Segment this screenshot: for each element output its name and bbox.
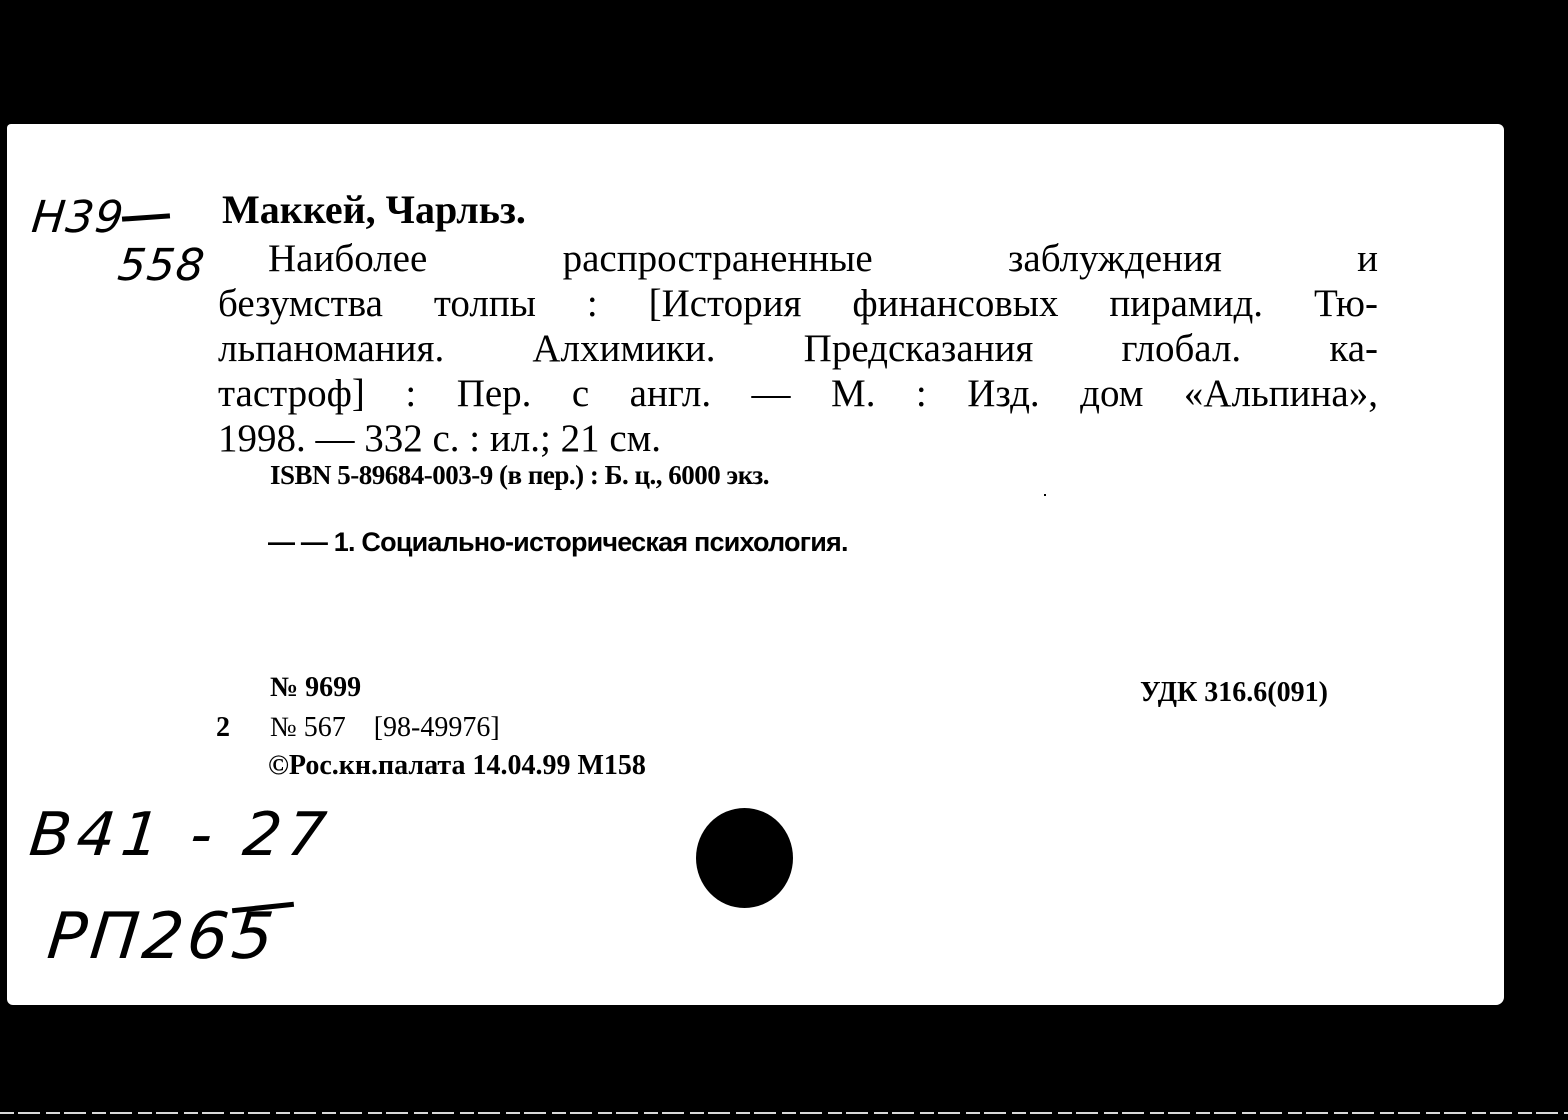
record-number-2-row: 2№ 567[98-49976] <box>216 712 500 744</box>
description-line: безумства толпы : [История финансовых пи… <box>218 281 1378 326</box>
author-heading: Маккей, Чарльз. <box>222 186 526 233</box>
bibliographic-description: Наиболее распространенные заблуждения и … <box>218 236 1378 461</box>
record-number: № 9699 <box>270 672 361 704</box>
registration-number: [98-49976] <box>374 712 500 743</box>
isbn-line: ISBN 5-89684-003-9 (в пер.) : Б. ц., 600… <box>270 460 769 491</box>
handwritten-shelf-mark-line-1: В41 - 27 <box>26 800 335 870</box>
copies-count: 2 <box>216 712 270 744</box>
punch-hole <box>696 808 793 908</box>
description-line: тастроф] : Пер. с англ. — М. : Изд. дом … <box>218 371 1378 416</box>
description-line: Наиболее распространенные заблуждения и <box>218 236 1378 281</box>
description-line: 1998. — 332 с. : ил.; 21 см. <box>218 416 1378 461</box>
scan-edge-mark <box>0 935 5 955</box>
scan-bottom-line <box>0 1112 1568 1114</box>
subject-heading: — — 1. Социально-историческая психология… <box>268 527 848 558</box>
scan-edge-mark <box>0 800 5 840</box>
handwritten-call-number-line-2: 558 <box>115 240 207 291</box>
book-chamber-line: ©Рос.кн.палата 14.04.99 М158 <box>268 750 646 782</box>
scan-speck <box>1044 494 1046 496</box>
record-number-2: № 567 <box>270 712 346 743</box>
description-line: льпаномания. Алхимики. Предсказания глоб… <box>218 326 1378 371</box>
udk-classification: УДК 316.6(091) <box>1140 677 1328 709</box>
handwritten-call-number-line-1: Н39 <box>29 192 126 243</box>
